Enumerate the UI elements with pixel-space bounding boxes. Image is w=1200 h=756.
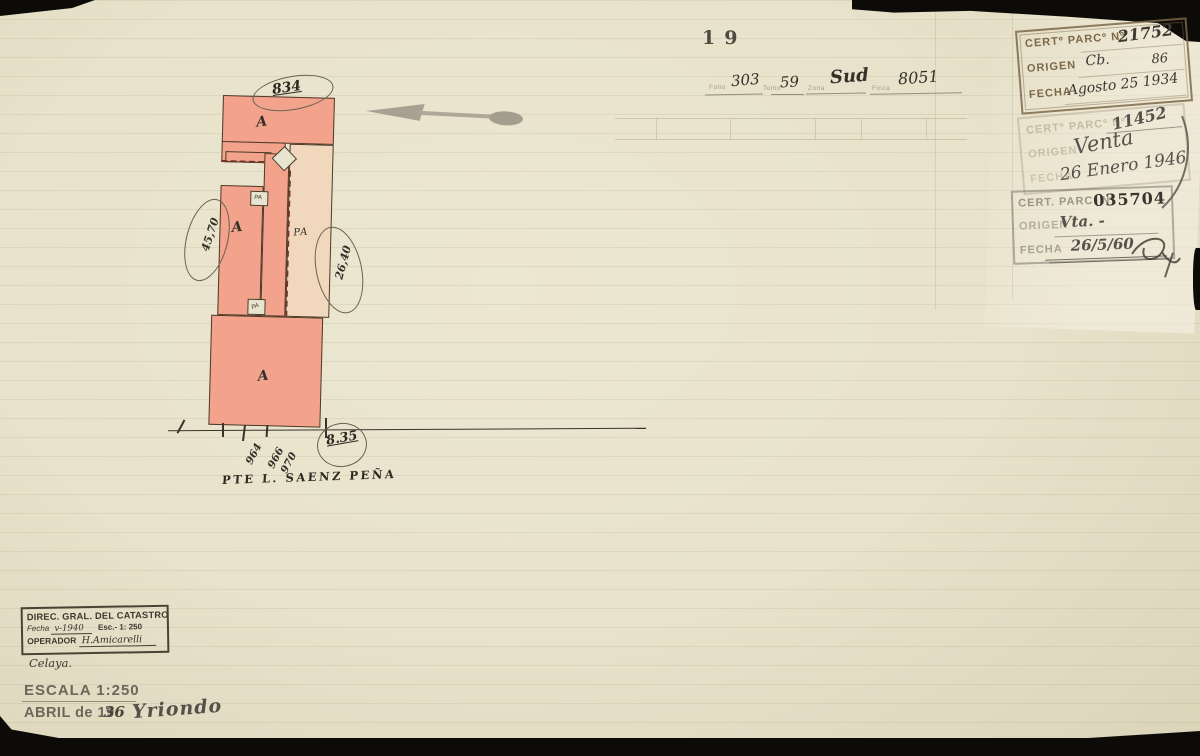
stamp-fecha-value: 26/5/60 (1070, 235, 1134, 255)
catastro-operador-label: OPERADOR (27, 635, 76, 646)
stamp-origen-value: Cb. (1085, 52, 1110, 70)
registry-underline (771, 94, 804, 95)
catastro-fecha-value: v-1940 (51, 623, 91, 635)
street-tick (222, 423, 224, 437)
room-small-2: PA (247, 299, 265, 315)
catastro-stamp: DIREC. GRAL. DEL CATASTRO Fecha v-1940 E… (21, 605, 170, 656)
tomo-value: 59 (780, 73, 800, 92)
stamp-origen-extra: 86 (1151, 51, 1169, 67)
scan-edge-bottom (0, 738, 1200, 756)
tomo-label: Tomo (763, 85, 781, 92)
room-label: PA (251, 303, 260, 311)
escala-text: ESCALA 1:250 (24, 682, 140, 699)
room-label: PA (254, 195, 262, 201)
catastro-esc-label: Esc.- 1: 250 (98, 622, 142, 632)
stamp-origen-value: Vta. - (1060, 212, 1106, 232)
ledger-divider (815, 119, 816, 139)
catastro-fecha-label: Fecha (27, 624, 49, 633)
escala-underline (22, 701, 136, 702)
stamp-fecha-value: Agosto 25 1934 (1067, 70, 1179, 98)
zona-label: Zona (808, 85, 825, 92)
stamp-title: CERTº PARCº Nº (1025, 30, 1126, 50)
catastro-city: Celaya. (29, 656, 72, 670)
catastro-operador-value: H.Amicarelli (79, 634, 157, 647)
folio-label: Folio (709, 84, 726, 91)
stamp-fecha-label: FECHA (1029, 86, 1073, 101)
patio-label: PA (293, 227, 309, 239)
ledger-divider (730, 119, 731, 139)
catastro-operador-row: OPERADOR H.Amicarelli (27, 634, 163, 647)
fecha-stamped: ABRIL de 19 (24, 705, 115, 721)
cert-stamp-1934: CERTº PARCº Nº 21752 ORIGEN Cb. 86 FECHA… (1015, 17, 1193, 114)
pen-flourish-small (1128, 228, 1182, 272)
ledger-hline (615, 118, 967, 119)
scanned-cadastral-sheet: 19 Folio 303 Tomo 59 Zona Sud Finca 8051… (0, 0, 1200, 756)
finca-value: 8051 (897, 67, 939, 89)
stamp-number: 21752 (1117, 20, 1175, 46)
stamp-fecha-label: FECHA (1020, 243, 1063, 256)
folio-value: 303 (730, 70, 760, 90)
ledger-divider (656, 119, 657, 139)
building-mark-top: A (255, 113, 268, 130)
page-number-text: 19 (702, 27, 746, 49)
building-mark-left: A (231, 219, 244, 236)
ledger-vline (935, 0, 936, 310)
stamp-origen-label: ORIGEN (1028, 144, 1078, 160)
building-mark-bottom: A (257, 368, 270, 385)
ledger-hline (615, 139, 967, 140)
catastro-title: DIREC. GRAL. DEL CATASTRO (27, 610, 163, 622)
zona-value: Sud (829, 65, 869, 89)
finca-label: Finca (872, 85, 890, 92)
scan-edge-right (1193, 248, 1200, 310)
fecha-year-handwritten: 36 (104, 703, 125, 721)
page-number: 19 (702, 27, 746, 49)
stamp-origen-label: ORIGEN (1027, 59, 1077, 75)
ledger-divider (861, 119, 862, 139)
stamp-number: 035704 (1093, 188, 1166, 210)
room-small-1: PA (250, 191, 268, 206)
catastro-fecha-row: Fecha v-1940 Esc.- 1: 250 (27, 622, 163, 634)
ledger-divider (926, 119, 927, 139)
